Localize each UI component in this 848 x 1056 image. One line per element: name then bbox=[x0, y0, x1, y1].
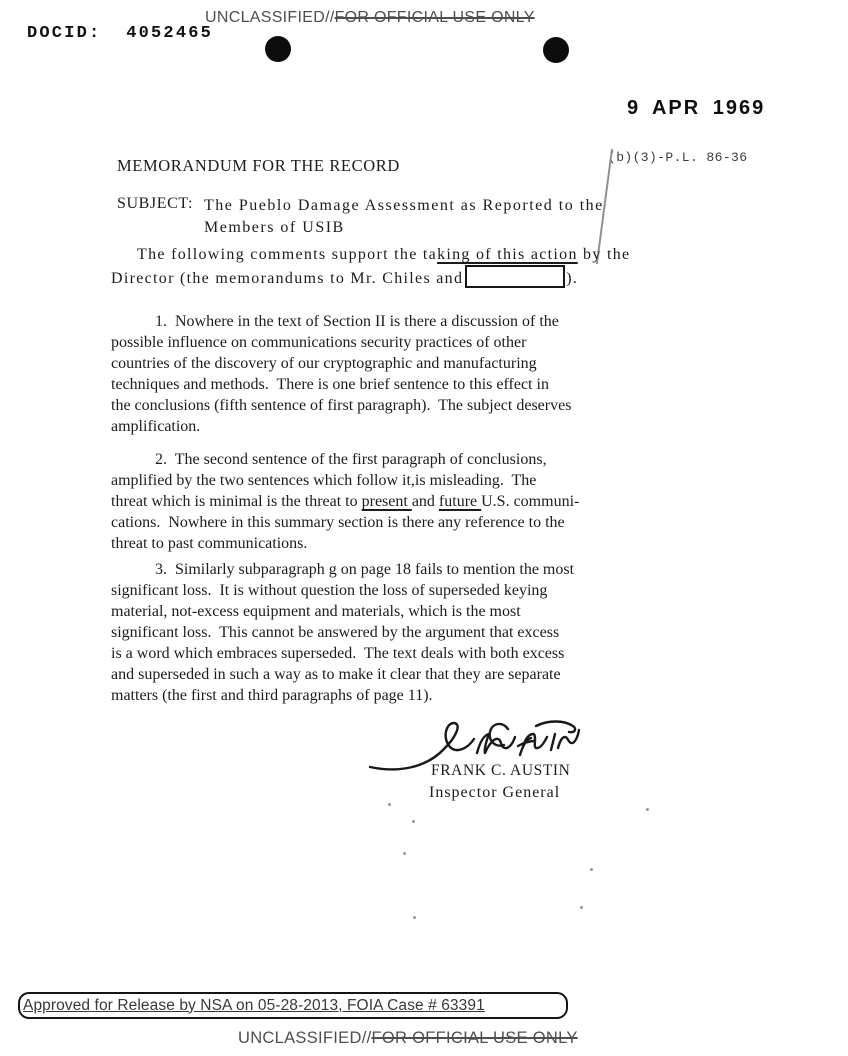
scan-speck bbox=[413, 916, 416, 919]
foia-release-stamp: Approved for Release by NSA on 05-28-201… bbox=[18, 992, 568, 1019]
text-line: 3. Similarly subparagraph g on page 18 f… bbox=[111, 559, 751, 580]
hole-punch-right bbox=[543, 37, 569, 63]
foia-release-text: Approved for Release by NSA on 05-28-201… bbox=[20, 997, 485, 1015]
scan-speck bbox=[388, 803, 391, 806]
classification-banner-bottom: UNCLASSIFIED//FOR OFFICIAL USE ONLY bbox=[238, 1029, 578, 1048]
classification-struck-text: FOR OFFICIAL USE ONLY bbox=[371, 1029, 577, 1047]
scan-speck bbox=[412, 820, 415, 823]
text-line: Members of USIB bbox=[204, 217, 604, 239]
text-line: threat which is minimal is the threat to… bbox=[111, 491, 751, 512]
text-line: material, not-excess equipment and mater… bbox=[111, 601, 751, 622]
text-line: amplification. bbox=[111, 416, 751, 437]
text-line: significant loss. This cannot be answere… bbox=[111, 622, 751, 643]
text-line: 1. Nowhere in the text of Section II is … bbox=[111, 311, 751, 332]
foia-exemption-code: (b)(3)-P.L. 86-36 bbox=[608, 150, 747, 165]
text-line: and superseded in such a way as to make … bbox=[111, 664, 751, 685]
classification-prefix: UNCLASSIFIED// bbox=[205, 9, 335, 26]
scanned-memo-page: UNCLASSIFIED//FOR OFFICIAL USE ONLY DOCI… bbox=[0, 0, 848, 1056]
text-line: techniques and methods. There is one bri… bbox=[111, 374, 751, 395]
paragraph-1: 1. Nowhere in the text of Section II is … bbox=[111, 311, 751, 437]
classification-banner-top: UNCLASSIFIED//FOR OFFICIAL USE ONLY bbox=[205, 9, 535, 27]
date-stamp: 9 APR 1969 bbox=[627, 97, 765, 120]
signer-title: Inspector General bbox=[429, 784, 560, 802]
text-line: the conclusions (fifth sentence of first… bbox=[111, 395, 751, 416]
scan-speck bbox=[403, 852, 406, 855]
classification-struck-text: FOR OFFICIAL USE ONLY bbox=[335, 9, 535, 26]
scan-speck bbox=[580, 906, 583, 909]
text-line: cations. Nowhere in this summary section… bbox=[111, 512, 751, 533]
paragraph-3: 3. Similarly subparagraph g on page 18 f… bbox=[111, 559, 751, 706]
text-line: matters (the first and third paragraphs … bbox=[111, 685, 751, 706]
text-line: The Pueblo Damage Assessment as Reported… bbox=[204, 195, 604, 217]
text-line: The following comments support the takin… bbox=[111, 244, 751, 265]
memo-title: MEMORANDUM FOR THE RECORD bbox=[117, 156, 400, 176]
text-line: significant loss. It is without question… bbox=[111, 580, 751, 601]
signer-name: FRANK C. AUSTIN bbox=[431, 762, 570, 780]
subject-label: SUBJECT: bbox=[117, 195, 193, 213]
intro-paragraph: The following comments support the takin… bbox=[111, 244, 751, 289]
scan-speck bbox=[590, 868, 593, 871]
scan-speck bbox=[646, 808, 649, 811]
text-line: Director (the memorandums to Mr. Chiles … bbox=[111, 265, 751, 289]
text-line: countries of the discovery of our crypto… bbox=[111, 353, 751, 374]
text-line: 2. The second sentence of the first para… bbox=[111, 449, 751, 470]
hole-punch-left bbox=[265, 36, 291, 62]
redaction-box bbox=[465, 265, 565, 288]
classification-prefix: UNCLASSIFIED// bbox=[238, 1029, 371, 1047]
text-line: amplified by the two sentences which fol… bbox=[111, 470, 751, 491]
text-line: is a word which embraces superseded. The… bbox=[111, 643, 751, 664]
docid-label: DOCID: 4052465 bbox=[27, 24, 213, 43]
text-line: possible influence on communications sec… bbox=[111, 332, 751, 353]
paragraph-2: 2. The second sentence of the first para… bbox=[111, 449, 751, 554]
text-line: threat to past communications. bbox=[111, 533, 751, 554]
subject-text: The Pueblo Damage Assessment as Reported… bbox=[204, 195, 604, 238]
